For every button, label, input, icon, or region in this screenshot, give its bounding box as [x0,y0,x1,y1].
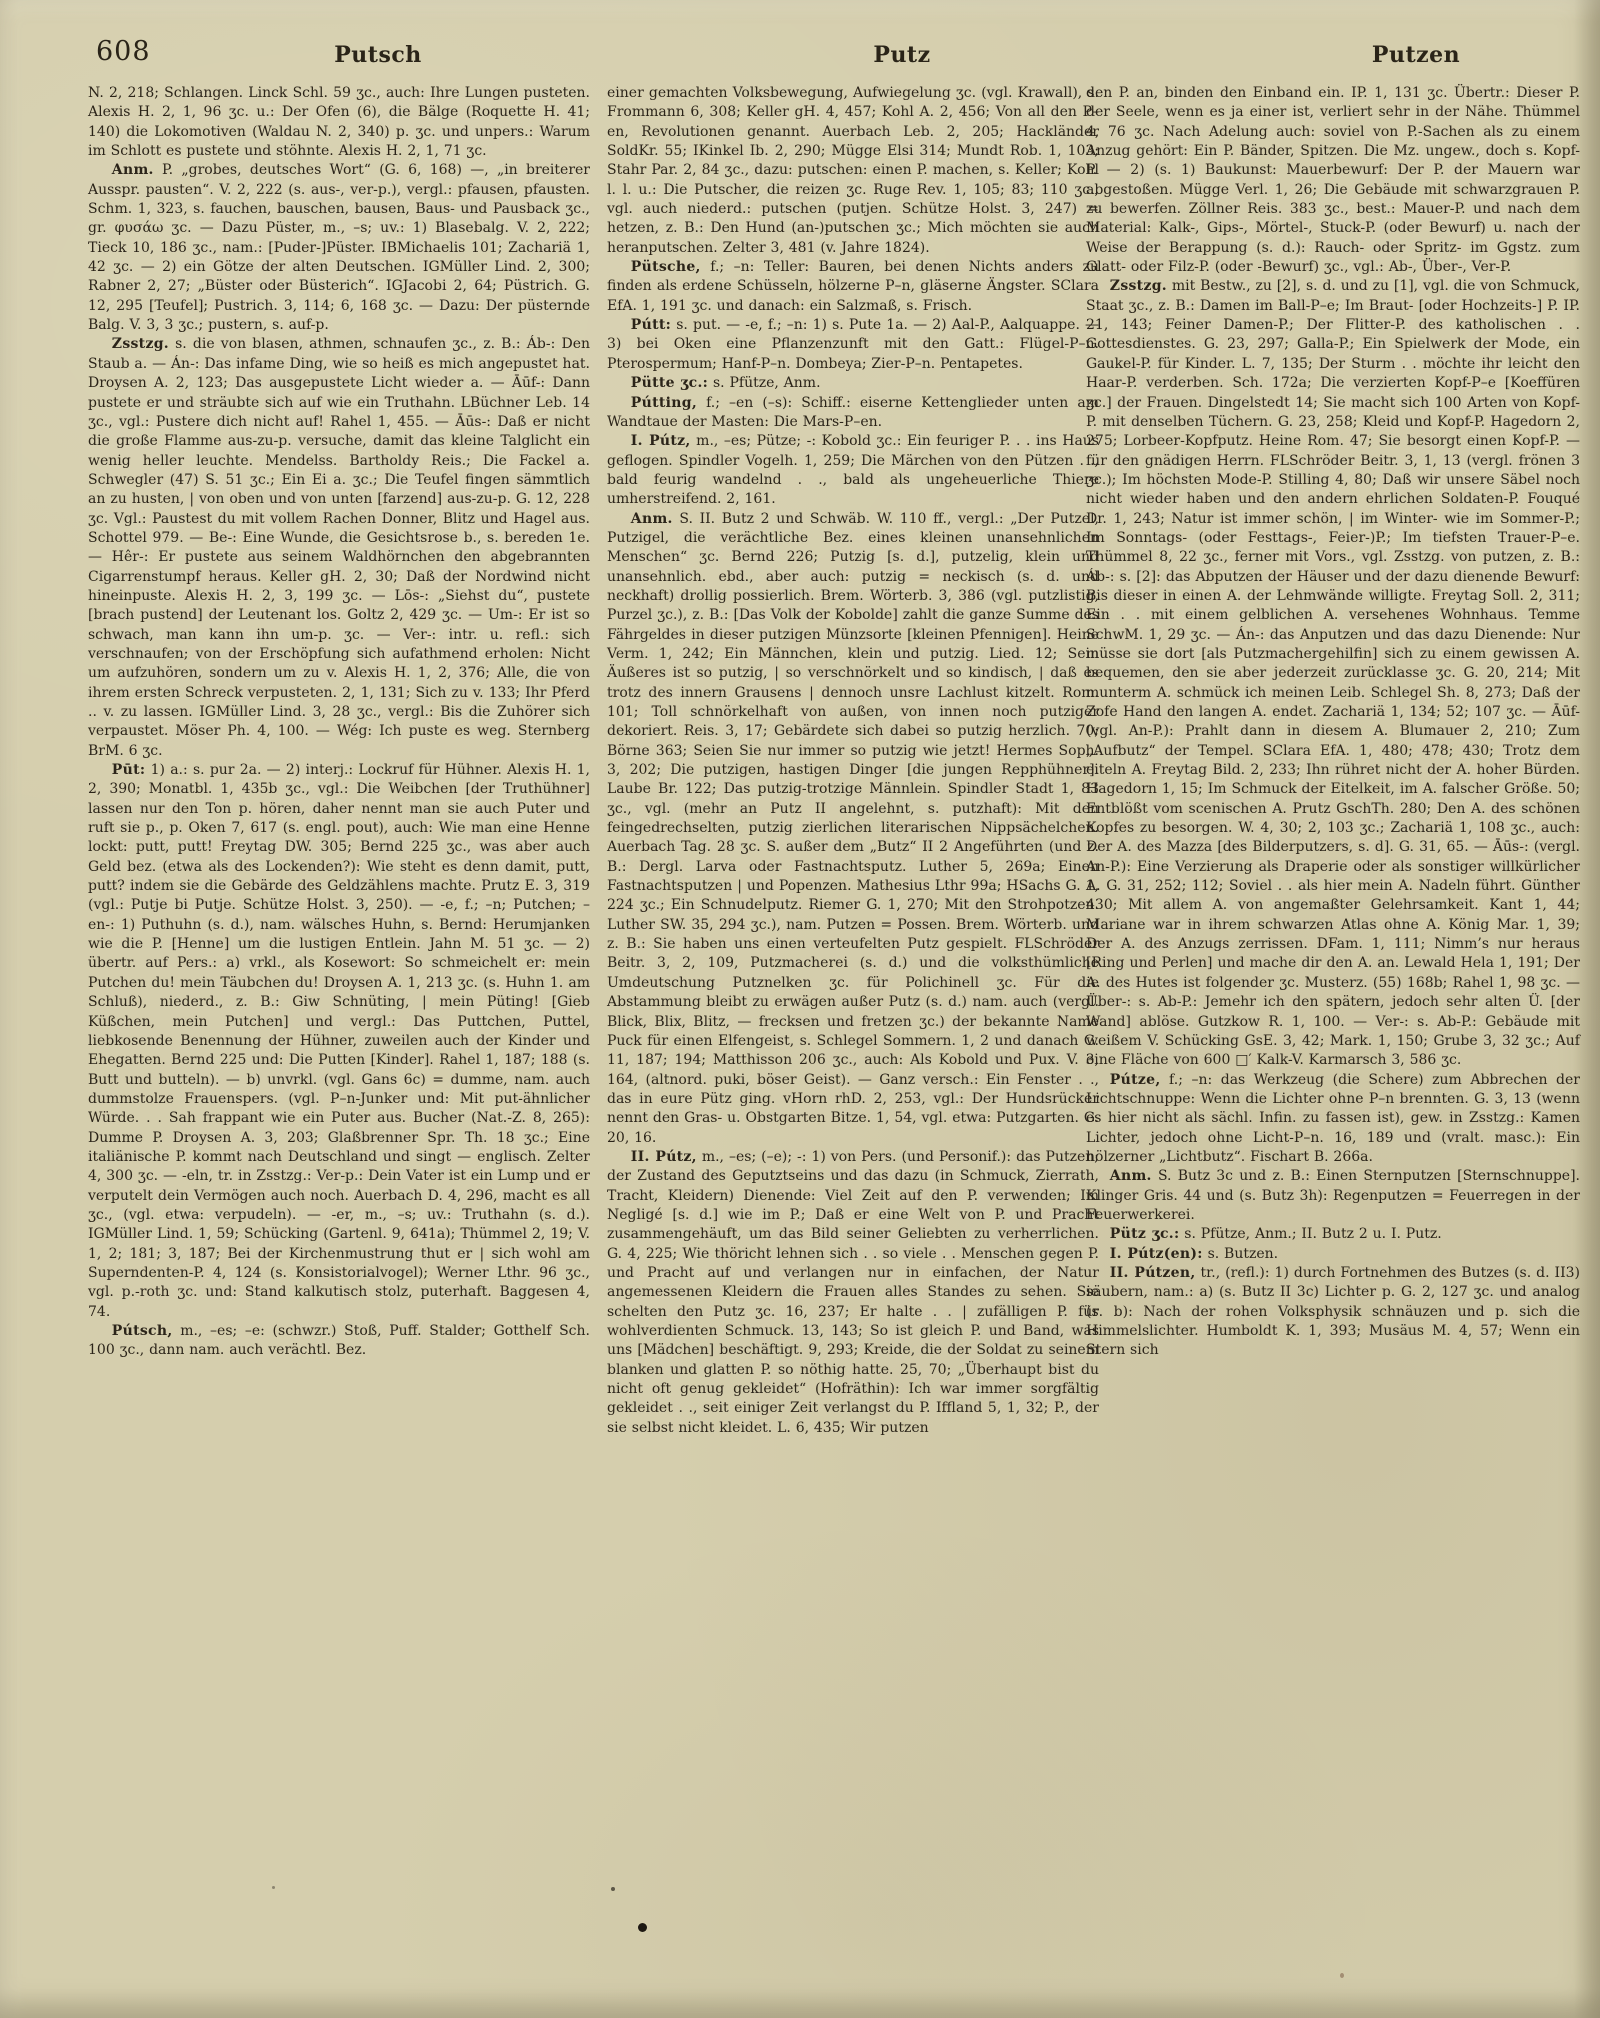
paragraph: Pütz ʒc.: s. Pfütze, Anm.; II. Butz 2 u.… [1086,1225,1580,1244]
paragraph: einer gemachten Volksbewegung, Aufwiegel… [607,84,1099,258]
paragraph: II. Pútz, m., –es; (–e); ‑: 1) von Pers.… [607,1148,1099,1438]
text-column-right: den P. an, binden den Einband ein. IP. 1… [1086,84,1580,1361]
paragraph: Pútting, f.; –en (–s): Schiff.: eiserne … [607,394,1099,433]
entry-headword: Zsstzg. [112,336,169,352]
paragraph: I. Pútz, m., –es; Pütze; ‑: Kobold ʒc.: … [607,432,1099,509]
entry-headword: I. Pútz(en): [1110,1246,1203,1262]
ink-spot [272,1886,275,1889]
entry-headword: Anm. [1110,1168,1152,1184]
page-number: 608 [96,36,151,67]
entry-headword: II. Pútzen, [1110,1265,1196,1281]
entry-headword: Pútting, [631,395,697,411]
entry-headword: Pütsche, [631,259,701,275]
paragraph: Zsstzg. s. die von blasen, athmen, schna… [88,335,590,761]
paragraph: II. Pútzen, tr., (refl.): 1) durch Fortn… [1086,1264,1580,1361]
ink-spot [1340,1973,1344,1978]
paragraph: Anm. P. „grobes, deutsches Wort“ (G. 6, … [88,161,590,335]
paragraph: I. Pútz(en): s. Butzen. [1086,1245,1580,1264]
ink-spot [638,1923,647,1932]
entry-headword: Pútze, [1110,1072,1161,1088]
entry-headword: I. Pútz, [631,433,691,449]
running-head-putz: Putz [873,42,930,68]
paragraph: N. 2, 218; Schlangen. Linck Schl. 59 ʒc.… [88,84,590,161]
paragraph: Anm. S. Butz 3c und z. B.: Einen Sternpu… [1086,1167,1580,1225]
paragraph: Pútze, f.; –n: das Werkzeug (die Schere)… [1086,1071,1580,1168]
paragraph: Zsstzg. mit Bestw., zu [2], s. d. und zu… [1086,277,1580,1070]
entry-headword: Pútt: [631,317,671,333]
paragraph: Pútsch, m., –es; –e: (schwzr.) Stoß, Puf… [88,1322,590,1361]
entry-headword: Pūt: [112,762,146,778]
paragraph: Pütte ʒc.: s. Pfütze, Anm. [607,374,1099,393]
text-column-middle: einer gemachten Volksbewegung, Aufwiegel… [607,84,1099,1438]
entry-headword: Pütz ʒc.: [1110,1226,1180,1242]
paragraph: Pūt: 1) a.: s. pur 2a. — 2) interj.: Loc… [88,761,590,1322]
paragraph: Anm. S. II. Butz 2 und Schwäb. W. 110 ff… [607,510,1099,1148]
running-head-putzen: Putzen [1372,42,1460,68]
paragraph: Pútt: s. put. — ‑e, f.; –n: 1) s. Pute 1… [607,316,1099,374]
paragraph: Pütsche, f.; –n: Teller: Bauren, bei den… [607,258,1099,316]
entry-headword: Pütte ʒc.: [631,375,708,391]
dictionary-page: 608 Putsch Putz Putzen N. 2, 218; Schlan… [0,0,1600,2018]
entry-headword: Anm. [631,511,673,527]
text-column-left: N. 2, 218; Schlangen. Linck Schl. 59 ʒc.… [88,84,590,1361]
paragraph: den P. an, binden den Einband ein. IP. 1… [1086,84,1580,277]
ink-spot [611,1887,615,1891]
running-head-putsch: Putsch [334,42,421,68]
entry-headword: Zsstzg. [1110,278,1167,294]
entry-headword: Anm. [112,162,154,178]
entry-headword: II. Pútz, [631,1149,697,1165]
entry-headword: Pútsch, [112,1323,173,1339]
